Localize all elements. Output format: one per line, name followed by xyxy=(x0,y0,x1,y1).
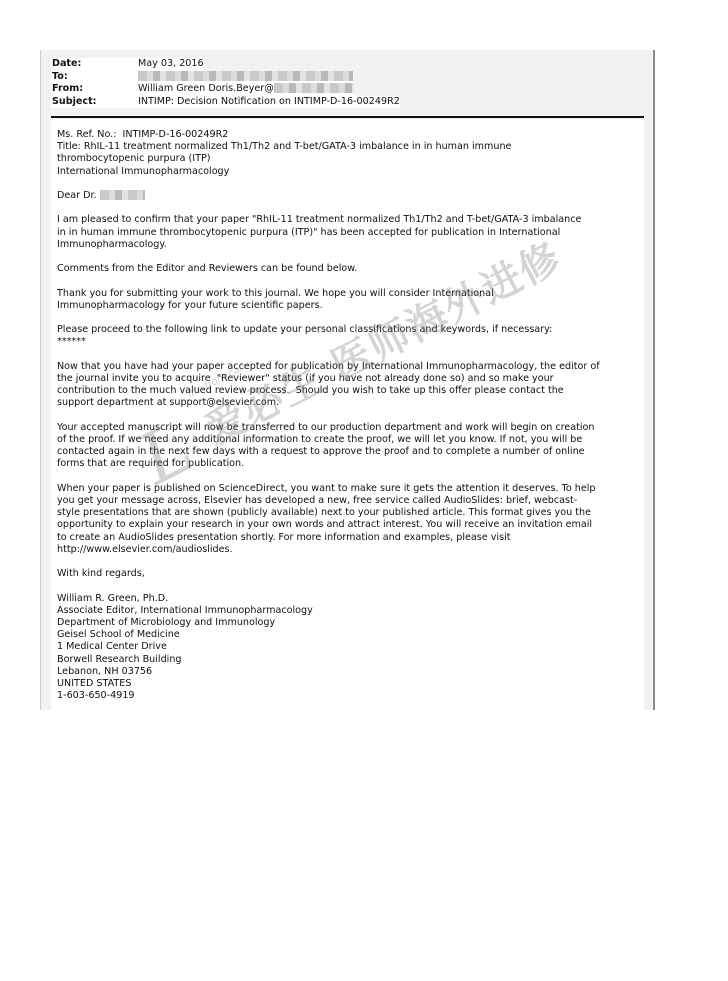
paragraph-link: Please proceed to the following link to … xyxy=(57,324,642,348)
email-header: Date: May 03, 2016 To: From: William Gre… xyxy=(51,58,643,108)
ref-line: Ms. Ref. No.: INTIMP-D-16-00249R2 xyxy=(57,129,642,141)
closing: With kind regards, xyxy=(57,568,642,580)
salutation: Dear Dr. xyxy=(57,190,642,202)
paragraph-comments: Comments from the Editor and Reviewers c… xyxy=(57,263,642,275)
from-redacted xyxy=(274,83,354,93)
signature-line: 1 Medical Center Drive xyxy=(57,641,642,653)
subject-label: Subject: xyxy=(51,96,138,109)
email-printout: Date: May 03, 2016 To: From: William Gre… xyxy=(40,50,655,710)
paragraph-production: Your accepted manuscript will now be tra… xyxy=(57,422,642,471)
from-value: William Green Doris.Beyer@ xyxy=(138,83,354,96)
paragraph-thanks: Thank you for submitting your work to th… xyxy=(57,288,642,312)
from-row: From: William Green Doris.Beyer@ xyxy=(51,83,643,96)
from-value-text: William Green Doris.Beyer@ xyxy=(138,83,274,94)
signature-line: UNITED STATES xyxy=(57,678,642,690)
signature-line: 1-603-650-4919 xyxy=(57,690,642,702)
to-value-redacted xyxy=(138,71,353,84)
signature-line: Borwell Research Building xyxy=(57,654,642,666)
signature-line: Lebanon, NH 03756 xyxy=(57,666,642,678)
subject-value: INTIMP: Decision Notification on INTIMP-… xyxy=(138,96,400,109)
signature-block: William R. Green, Ph.D. Associate Editor… xyxy=(57,593,642,703)
to-label: To: xyxy=(51,71,138,84)
signature-line: Geisel School of Medicine xyxy=(57,629,642,641)
subject-row: Subject: INTIMP: Decision Notification o… xyxy=(51,96,643,109)
signature-line: William R. Green, Ph.D. xyxy=(57,593,642,605)
email-content: Ms. Ref. No.: INTIMP-D-16-00249R2 Title:… xyxy=(57,129,642,702)
email-body: Ms. Ref. No.: INTIMP-D-16-00249R2 Title:… xyxy=(51,119,644,710)
date-value: May 03, 2016 xyxy=(138,58,204,71)
signature-line: Associate Editor, International Immunoph… xyxy=(57,605,642,617)
signature-line: Department of Microbiology and Immunolog… xyxy=(57,617,642,629)
title-line: Title: RhIL-11 treatment normalized Th1/… xyxy=(57,141,642,165)
date-label: Date: xyxy=(51,58,138,71)
paragraph-reviewer: Now that you have had your paper accepte… xyxy=(57,361,642,410)
to-row: To: xyxy=(51,71,643,84)
from-label: From: xyxy=(51,83,138,96)
salutation-text: Dear Dr. xyxy=(57,190,97,201)
recipient-name-redacted xyxy=(100,190,145,200)
paragraph-accepted: I am pleased to confirm that your paper … xyxy=(57,214,642,251)
journal-line: International Immunopharmacology xyxy=(57,166,642,178)
header-divider xyxy=(51,116,644,118)
paragraph-audioslides: When your paper is published on ScienceD… xyxy=(57,483,642,556)
date-row: Date: May 03, 2016 xyxy=(51,58,643,71)
